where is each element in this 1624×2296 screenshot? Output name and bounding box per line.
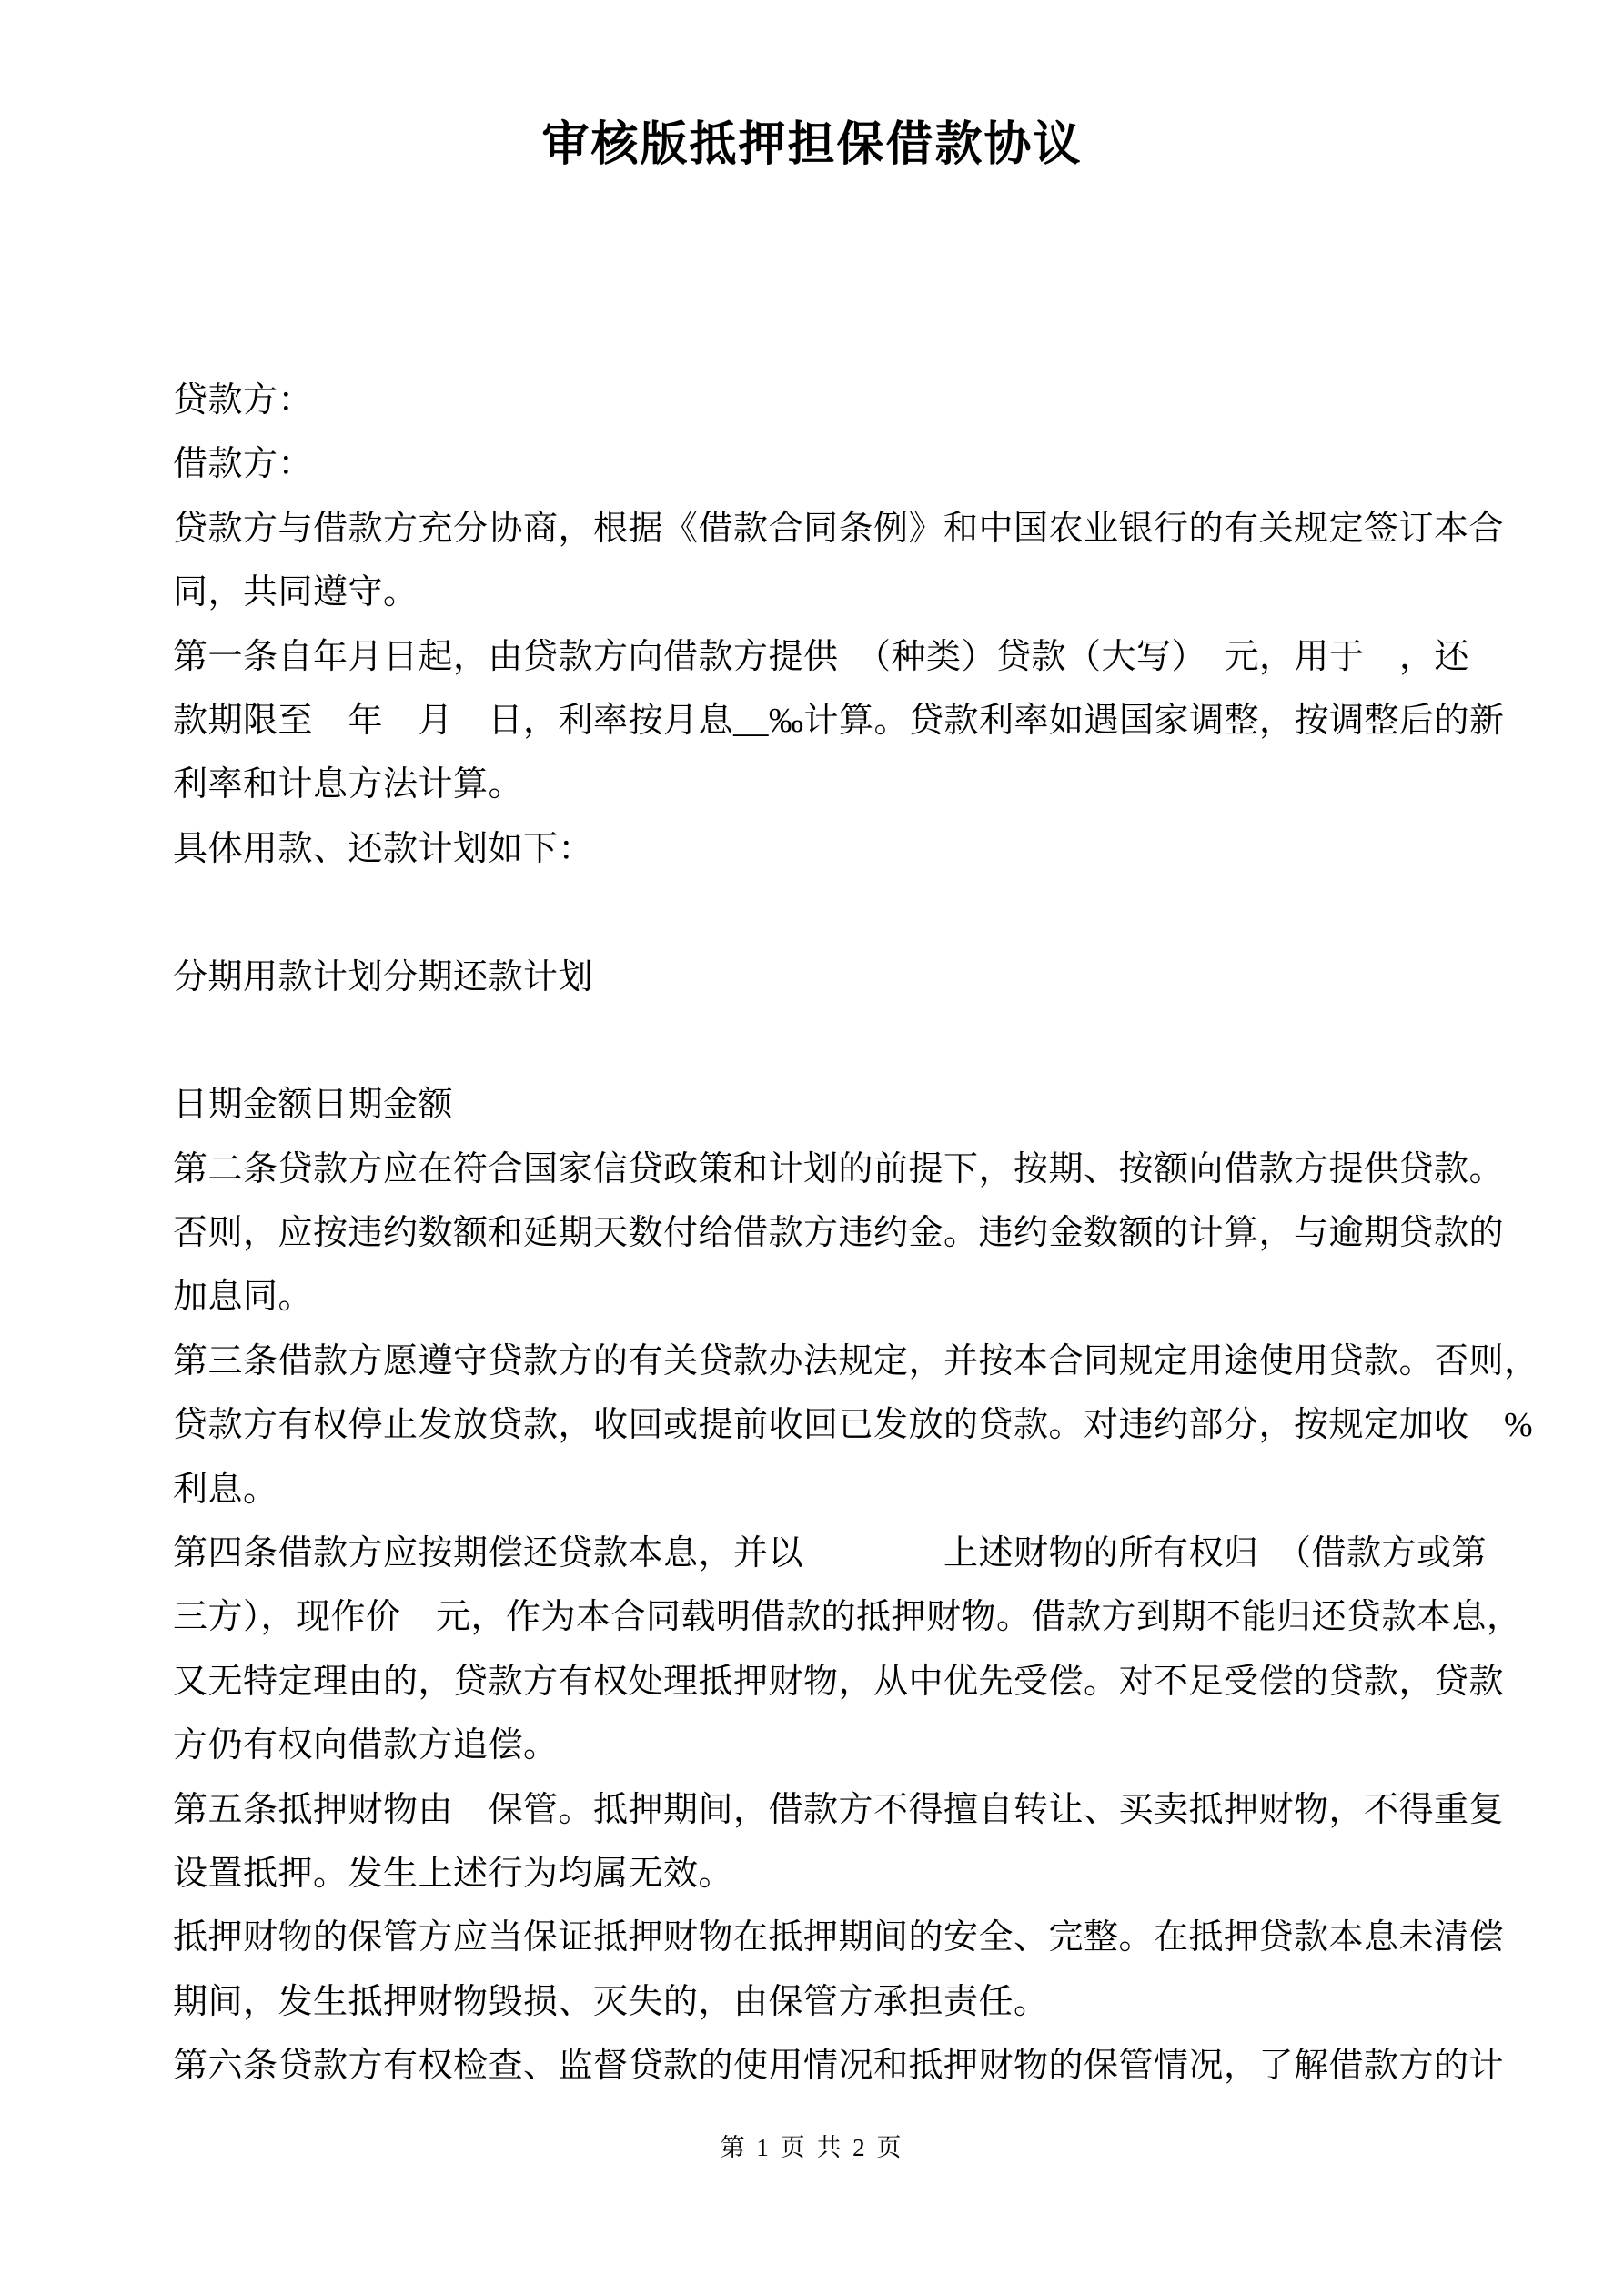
document-line: 利息。: [173, 1458, 1465, 1522]
page-footer: 第 1 页 共 2 页: [0, 2128, 1624, 2163]
document-line: 贷款方有权停止发放贷款，收回或提前收回已发放的贷款。对违约部分，按规定加收 %: [173, 1393, 1465, 1457]
document-line: 贷款方：: [173, 369, 1465, 432]
document-line: 款期限至 年 月 日，利率按月息__‰计算。贷款利率如遇国家调整，按调整后的新: [173, 689, 1465, 753]
document-line: 否则，应按违约数额和延期天数付给借款方违约金。违约金数额的计算，与逾期贷款的: [173, 1201, 1465, 1265]
document-line: 期间，发生抵押财物毁损、灭失的，由保管方承担责任。: [173, 1970, 1465, 2034]
document-line: 第五条抵押财物由 保管。抵押期间，借款方不得擅自转让、买卖抵押财物，不得重复: [173, 1778, 1465, 1842]
document-page: 审核版抵押担保借款协议 贷款方：借款方：贷款方与借款方充分协商，根据《借款合同条…: [0, 0, 1624, 2296]
document-line: 利率和计息方法计算。: [173, 753, 1465, 816]
blank-line: [173, 881, 1465, 945]
document-line: 贷款方与借款方充分协商，根据《借款合同条例》和中国农业银行的有关规定签订本合: [173, 497, 1465, 561]
document-line: 第一条自年月日起，由贷款方向借款方提供 （种类）贷款（大写） 元，用于 ，还: [173, 625, 1465, 689]
document-line: 又无特定理由的，贷款方有权处理抵押财物，从中优先受偿。对不足受偿的贷款，贷款: [173, 1650, 1465, 1714]
document-body: 贷款方：借款方：贷款方与借款方充分协商，根据《借款合同条例》和中国农业银行的有关…: [173, 369, 1465, 2099]
document-line: 抵押财物的保管方应当保证抵押财物在抵押期间的安全、完整。在抵押贷款本息未清偿: [173, 1906, 1465, 1969]
document-line: 具体用款、还款计划如下：: [173, 817, 1465, 881]
document-line: 第二条贷款方应在符合国家信贷政策和计划的前提下，按期、按额向借款方提供贷款。: [173, 1138, 1465, 1201]
document-line: 设置抵押。发生上述行为均属无效。: [173, 1842, 1465, 1906]
document-line: 借款方：: [173, 432, 1465, 496]
document-title: 审核版抵押担保借款协议: [0, 116, 1624, 175]
document-line: 同，共同遵守。: [173, 561, 1465, 624]
document-line: 日期金额日期金额: [173, 1073, 1465, 1137]
document-line: 分期用款计划分期还款计划: [173, 946, 1465, 1009]
document-line: 方仍有权向借款方追偿。: [173, 1714, 1465, 1777]
document-line: 第四条借款方应按期偿还贷款本息，并以 上述财物的所有权归 （借款方或第: [173, 1522, 1465, 1585]
blank-line: [173, 1009, 1465, 1073]
document-line: 第六条贷款方有权检查、监督贷款的使用情况和抵押财物的保管情况，了解借款方的计: [173, 2034, 1465, 2098]
document-line: 三方），现作价 元，作为本合同载明借款的抵押财物。借款方到期不能归还贷款本息，: [173, 1585, 1465, 1649]
document-line: 加息同。: [173, 1265, 1465, 1329]
document-line: 第三条借款方愿遵守贷款方的有关贷款办法规定，并按本合同规定用途使用贷款。否则，: [173, 1330, 1465, 1393]
